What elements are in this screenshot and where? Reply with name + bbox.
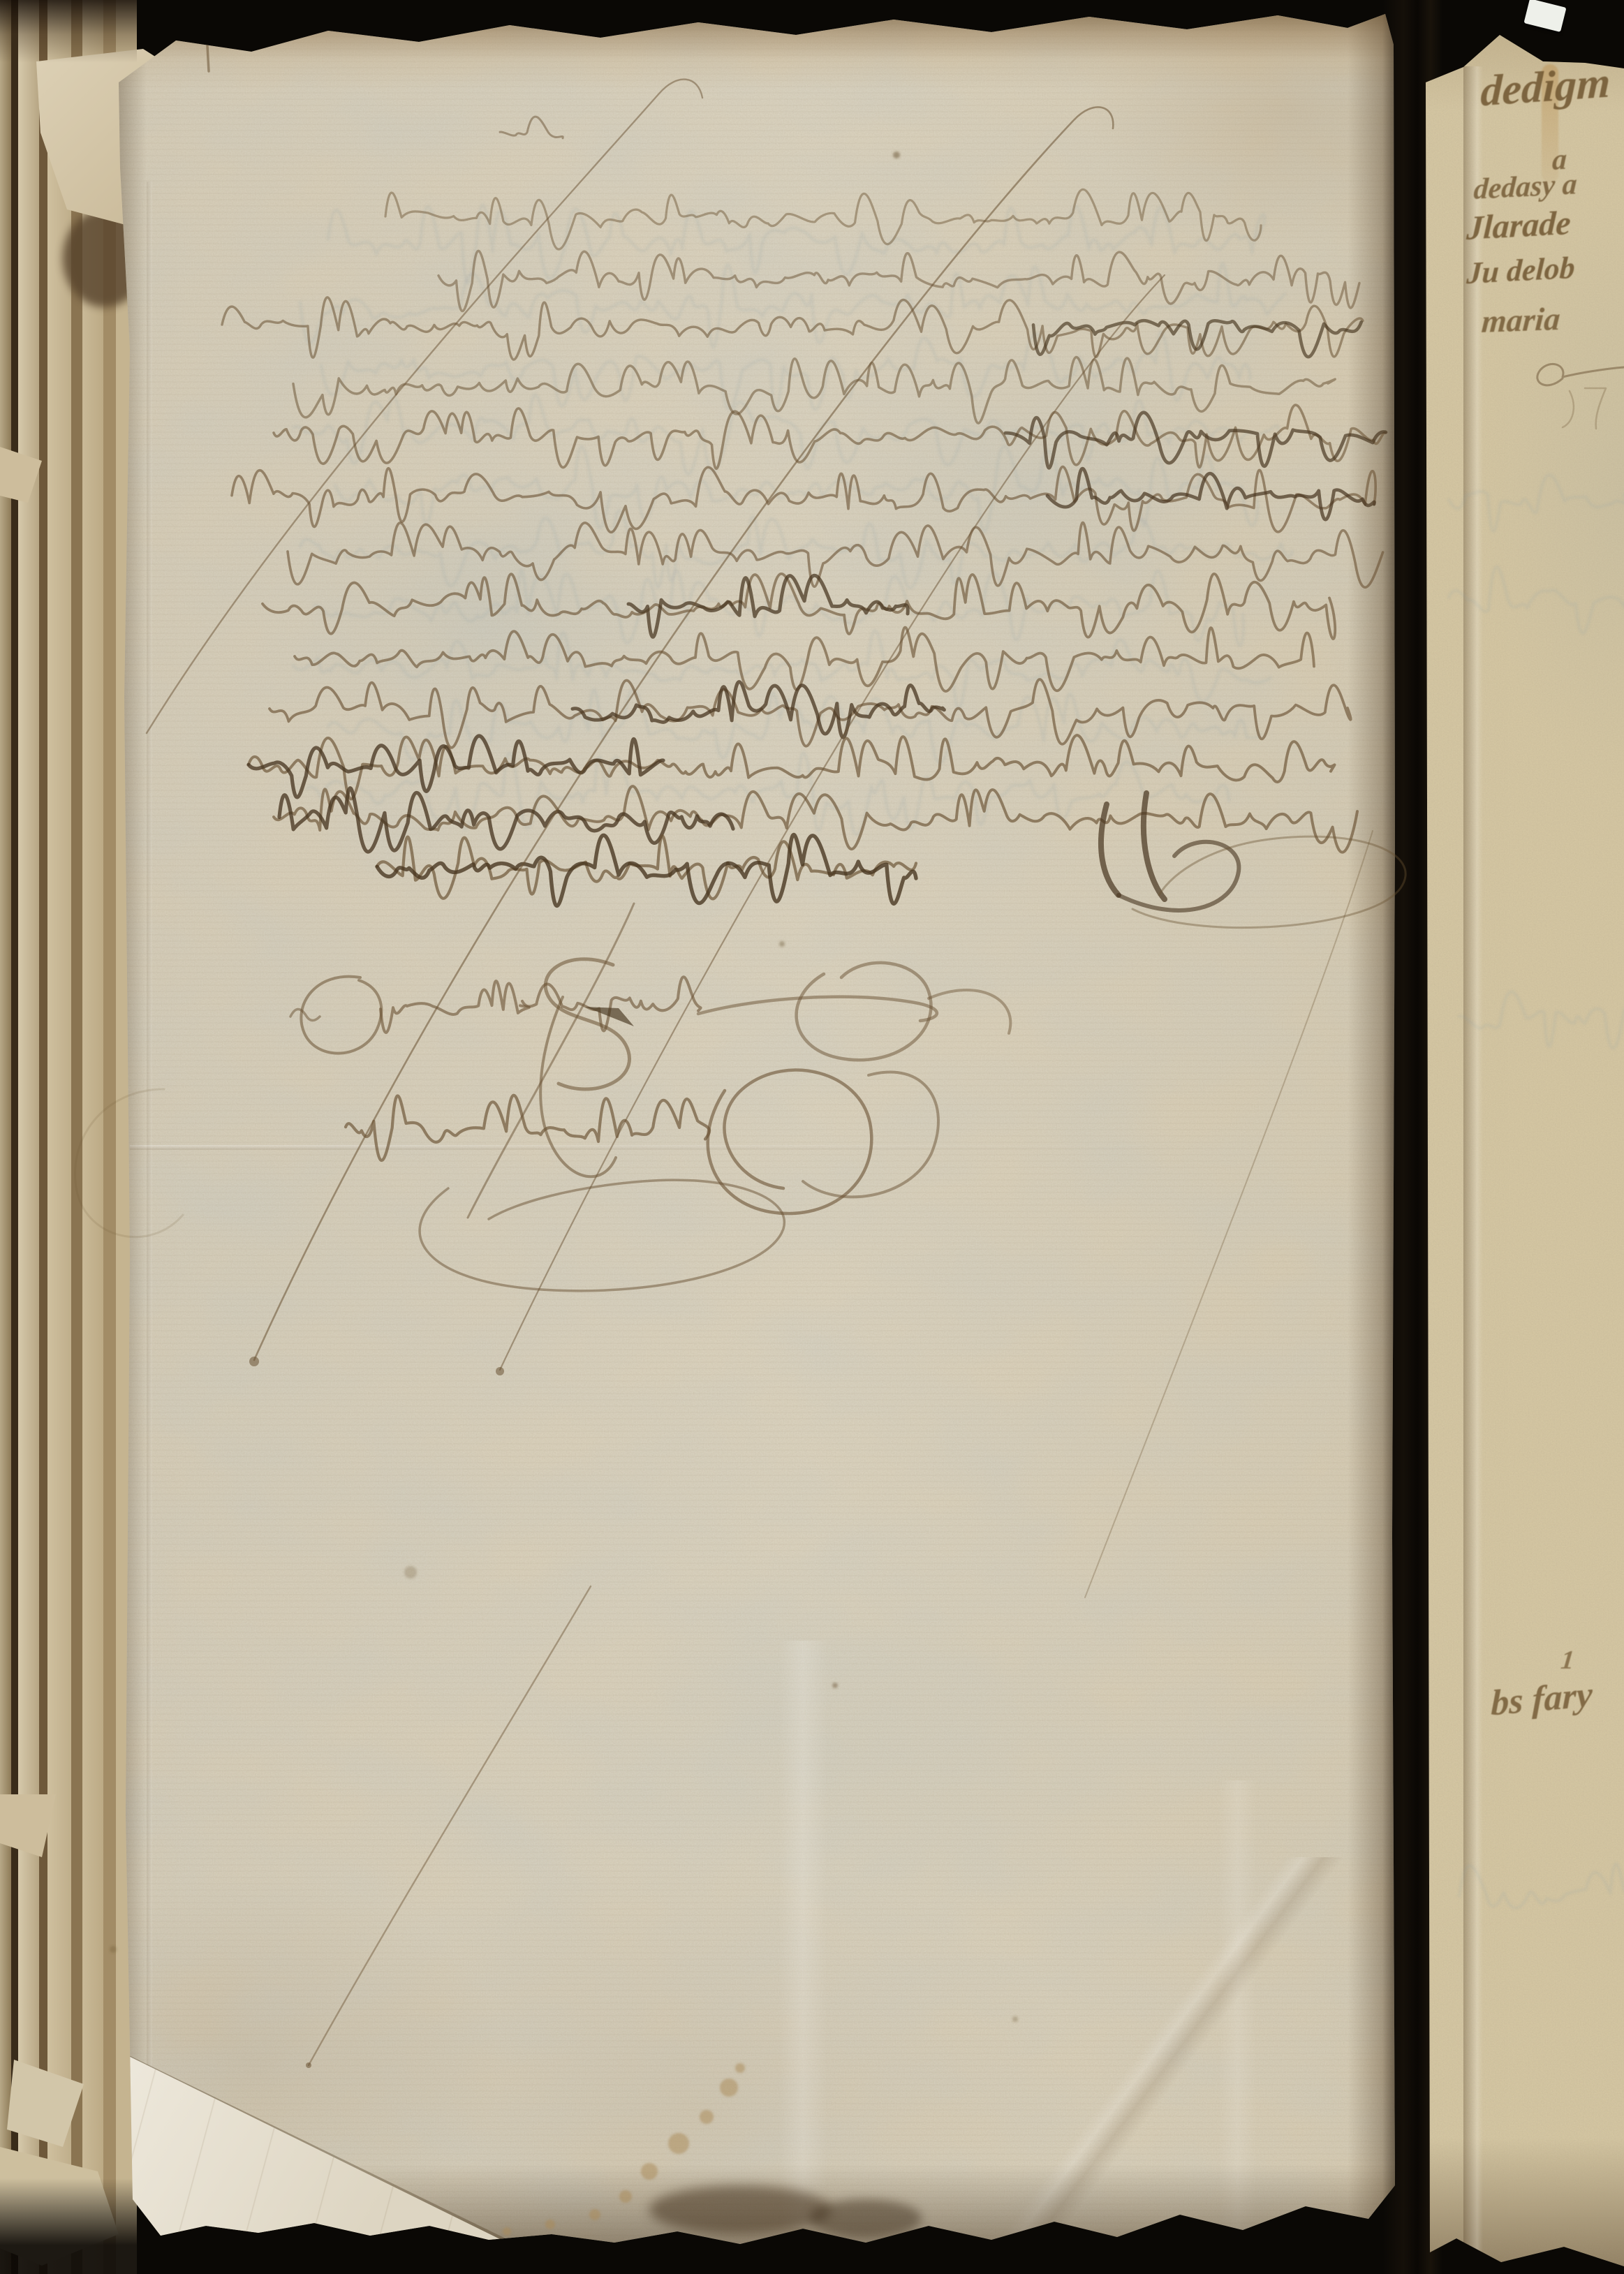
stroke-end-blob (249, 1357, 259, 1366)
ink-stroke (1449, 475, 1624, 531)
stroke-end-blob (496, 1367, 504, 1375)
ink-stroke (1033, 320, 1361, 357)
ink-speck (893, 152, 900, 158)
ink-stroke (293, 357, 1335, 424)
ink-stroke (708, 1070, 872, 1213)
ink-stroke (573, 682, 944, 738)
ink-stroke (1459, 1863, 1624, 1907)
ink-stroke (468, 903, 634, 1218)
ink-stroke (377, 836, 916, 899)
ink-stroke (797, 963, 931, 1060)
ink-stroke (1132, 836, 1405, 927)
ink-speck (404, 1566, 417, 1579)
cancellation-strokes (147, 80, 1373, 2068)
ink-stroke (1085, 831, 1373, 1597)
ink-stroke (147, 80, 702, 733)
ink-stroke (1449, 567, 1624, 633)
ink-speck (110, 1946, 117, 1953)
stain-blob (619, 2190, 632, 2203)
ink-stroke (270, 679, 1351, 748)
ink-stroke (545, 959, 629, 1089)
ink-stroke (309, 1586, 591, 2065)
stain-blob (545, 2220, 555, 2229)
stain-blob (589, 2209, 600, 2220)
ink-stroke (263, 574, 1335, 639)
ink-stroke (300, 510, 1292, 588)
stain-blob (503, 2227, 511, 2236)
ink-stroke (1537, 364, 1624, 385)
ink-stroke (500, 117, 563, 138)
manuscript-scan: dedigm a dedasy a Jlarade Ju delob maria… (0, 0, 1624, 2274)
ink-stroke (522, 977, 701, 1031)
ink-stroke (929, 990, 1010, 1033)
stain-blob (720, 2079, 738, 2097)
stain-blob (641, 2163, 658, 2180)
ink-stroke (1563, 388, 1606, 429)
ink-stroke (1119, 842, 1239, 910)
ink-stroke (75, 1089, 183, 1237)
adjacent-page-marks (1537, 364, 1624, 429)
ink-stroke (222, 297, 1363, 360)
ink-stroke (385, 189, 1261, 249)
ink-stroke (381, 981, 529, 1033)
ink-stroke (698, 997, 937, 1021)
ink-speck (832, 1683, 838, 1688)
ink-stroke (207, 46, 209, 71)
ink-stroke (420, 1180, 784, 1291)
verso-showthrough-text (293, 205, 1624, 1908)
stain-blob (700, 2110, 714, 2124)
ink-speck (779, 941, 785, 947)
ink-stroke (274, 405, 1385, 468)
ink-stroke (1459, 991, 1624, 1048)
stain-blob (668, 2133, 689, 2154)
ink-stroke (1144, 793, 1165, 899)
ink-stroke (254, 107, 1113, 1360)
ink-stroke (301, 977, 381, 1054)
stroke-end-blob (306, 2062, 311, 2068)
ink-stroke (290, 1009, 320, 1020)
stain-blob (735, 2063, 745, 2073)
ink-speck (1012, 2016, 1018, 2022)
handwriting-ink-layer (0, 0, 1624, 2274)
